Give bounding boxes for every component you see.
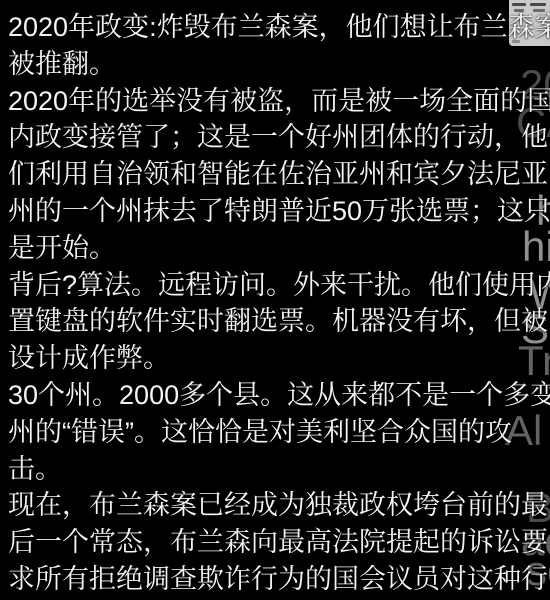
text-line: 2020年的选举没有被盗，而是被一场全面的国 [8, 83, 550, 120]
thumbnail-text-speck [530, 3, 546, 6]
text-line: 州的一个州抹去了特朗普近50万张选票；这只 [8, 193, 550, 230]
text-line: 们利用自治领和智能在佐治亚州和宾夕法尼亚 [8, 156, 550, 193]
text-line: 置键盘的软件实时翻选票。机器没有坏，但被 [8, 303, 550, 340]
text-line: 2020年政变:炸毁布兰森案，他们想让布兰森案 [8, 9, 550, 46]
screenshot-root: 2020 CA h hi Wa Sm Tr Al Be ac sc 2020年政… [0, 0, 550, 600]
text-line: 现在，布兰森案已经成为独裁政权垮台前的最 [8, 487, 550, 524]
text-line: 求所有拒绝调查欺诈行为的国会议员对这种行 [8, 561, 550, 598]
thumbnail-text-speck [512, 3, 526, 6]
text-line: 后一个常态，布兰森向最高法院提起的诉讼要 [8, 524, 550, 561]
text-line: 设计成作弊。 [8, 340, 550, 377]
text-line: 30个州。2000多个县。这从来都不是一个多变 [8, 377, 550, 414]
text-line: 背后?算法。远程访问。外来干扰。他们使用内 [8, 267, 550, 304]
text-line: 击。 [8, 451, 550, 488]
text-line: 内政变接管了；这是一个好州团体的行动，他 [8, 119, 550, 156]
text-line: 州的“错误”。这恰恰是对美利坚合众国的攻 [8, 414, 550, 451]
translated-text-block: 2020年政变:炸毁布兰森案，他们想让布兰森案 被推翻。 2020年的选举没有被… [8, 9, 550, 598]
text-line: 是开始。 [8, 230, 550, 267]
text-line: 被推翻。 [8, 46, 550, 83]
